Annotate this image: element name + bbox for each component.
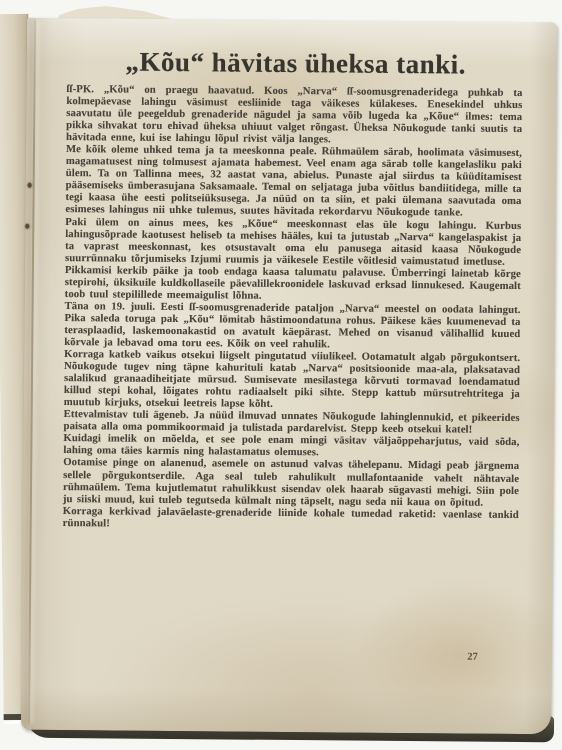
paragraph: Paki ülem on ainus mees, kes „Kõue“ mees…: [65, 216, 521, 268]
article-body: ſſ-PK. „Kõu“ on praegu haavatud. Koos „N…: [63, 83, 523, 533]
book-page: „Kõu“ hävitas üheksa tanki. ſſ-PK. „Kõu“…: [21, 18, 557, 735]
staple: [25, 224, 29, 229]
paragraph: Pikkamisi kerkib päike ja toob endaga ka…: [65, 264, 521, 304]
page-title: „Kõu“ hävitas üheksa tanki.: [67, 46, 525, 81]
staple: [28, 183, 32, 188]
page-number: 27: [458, 651, 488, 662]
paragraph: Täna on 19. juuli. Eesti ſſ-soomusgrenad…: [64, 300, 520, 352]
paragraph: Korraga kerkivad jalaväelaste-grenaderid…: [63, 505, 519, 533]
paragraph: Korraga katkeb vaikus otsekui liigselt p…: [64, 348, 521, 412]
scanned-page-photo: „Kõu“ hävitas üheksa tanki. ſſ-PK. „Kõu“…: [0, 0, 562, 750]
paragraph: Me kõik oleme uhked tema ja ta meeskonna…: [65, 143, 522, 219]
binding-fold: [28, 20, 36, 724]
paragraph: ſſ-PK. „Kõu“ on praegu haavatud. Koos „N…: [66, 83, 523, 147]
paragraph: Ootamise pinge on alanenud, asemele on a…: [63, 456, 519, 508]
